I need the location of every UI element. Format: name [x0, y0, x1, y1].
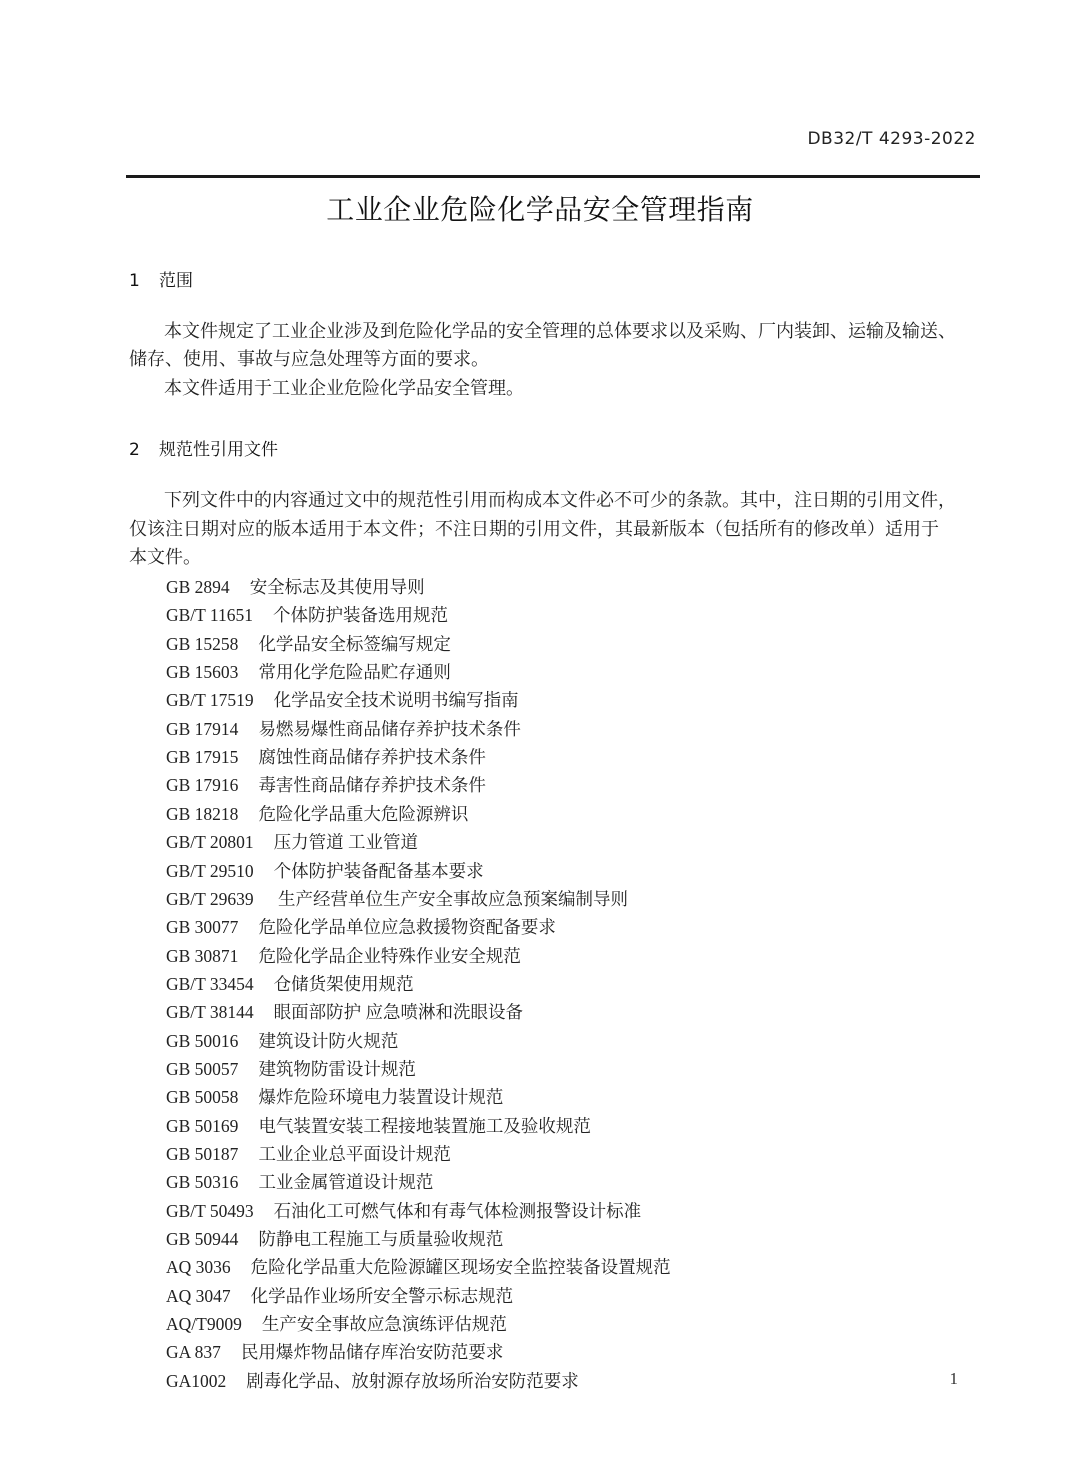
reference-item: GB/T 17519化学品安全技术说明书编写指南 [166, 687, 519, 712]
reference-item: GB 15603常用化学危险品贮存通则 [166, 659, 451, 684]
reference-item: GB/T 29510个体防护装备配备基本要求 [166, 858, 484, 883]
reference-code: GB/T 20801 [166, 832, 254, 853]
section-title: 范围 [159, 271, 193, 291]
paragraph: 仅该注日期对应的版本适用于本文件；不注日期的引用文件，其最新版本（包括所有的修改… [129, 515, 939, 544]
reference-item: GB 17915腐蚀性商品储存养护技术条件 [166, 744, 486, 769]
reference-code: GA 837 [166, 1342, 221, 1363]
reference-title: 仓储货架使用规范 [274, 974, 414, 994]
paragraph: 本文件适用于工业企业危险化学品安全管理。 [164, 374, 524, 403]
reference-item: GB 50058爆炸危险环境电力装置设计规范 [166, 1084, 503, 1109]
paragraph: 储存、使用、事故与应急处理等方面的要求。 [129, 345, 489, 374]
reference-code: AQ 3036 [166, 1257, 231, 1278]
reference-title: 电气装置安装工程接地装置施工及验收规范 [258, 1116, 591, 1136]
reference-title: 民用爆炸物品储存库治安防范要求 [241, 1342, 504, 1362]
reference-item: GA 837民用爆炸物品储存库治安防范要求 [166, 1339, 503, 1364]
reference-code: GA1002 [166, 1371, 226, 1392]
reference-item: GB 50016建筑设计防火规范 [166, 1028, 398, 1053]
reference-title: 毒害性商品储存养护技术条件 [258, 775, 486, 795]
reference-item: GB 50316工业金属管道设计规范 [166, 1169, 433, 1194]
reference-title: 腐蚀性商品储存养护技术条件 [258, 747, 486, 767]
reference-item: GB 30871危险化学品企业特殊作业安全规范 [166, 943, 521, 968]
reference-code: AQ 3047 [166, 1286, 231, 1307]
reference-title: 防静电工程施工与质量验收规范 [258, 1229, 503, 1249]
reference-title: 个体防护装备配备基本要求 [274, 861, 484, 881]
reference-code: GB/T 11651 [166, 605, 253, 626]
reference-title: 化学品安全标签编写规定 [258, 634, 451, 654]
reference-title: 生产安全事故应急演练评估规范 [262, 1314, 507, 1334]
reference-code: GB 17915 [166, 747, 238, 768]
reference-title: 建筑物防雷设计规范 [258, 1059, 416, 1079]
reference-code: GB 15603 [166, 662, 238, 683]
reference-item: GB/T 29639 生产经营单位生产安全事故应急预案编制导则 [166, 886, 628, 911]
reference-title: 危险化学品单位应急救援物资配备要求 [258, 917, 556, 937]
reference-item: GB/T 11651个体防护装备选用规范 [166, 602, 448, 627]
reference-code: GB/T 33454 [166, 974, 254, 995]
reference-title: 危险化学品重大危险源辨识 [258, 804, 468, 824]
reference-item: GB 15258化学品安全标签编写规定 [166, 631, 451, 656]
section-number: 2 [129, 440, 159, 460]
reference-item: GB/T 50493石油化工可燃气体和有毒气体检测报警设计标准 [166, 1198, 641, 1223]
reference-item: GB 17914易燃易爆性商品储存养护技术条件 [166, 716, 521, 741]
reference-item: GB 30077危险化学品单位应急救援物资配备要求 [166, 914, 556, 939]
reference-item: AQ/T9009生产安全事故应急演练评估规范 [166, 1311, 507, 1336]
reference-title: 常用化学危险品贮存通则 [258, 662, 451, 682]
reference-code: GB 18218 [166, 804, 238, 825]
reference-item: GB/T 20801压力管道 工业管道 [166, 829, 418, 854]
reference-title: 化学品作业场所安全警示标志规范 [251, 1286, 514, 1306]
reference-title: 石油化工可燃气体和有毒气体检测报警设计标准 [274, 1201, 642, 1221]
reference-item: GB/T 38144眼面部防护 应急喷淋和洗眼设备 [166, 999, 523, 1024]
reference-item: GB 50169电气装置安装工程接地装置施工及验收规范 [166, 1113, 591, 1138]
reference-code: GB 30871 [166, 946, 238, 967]
reference-item: AQ 3036危险化学品重大危险源罐区现场安全监控装备设置规范 [166, 1254, 671, 1279]
paragraph: 下列文件中的内容通过文中的规范性引用而构成本文件必不可少的条款。其中，注日期的引… [164, 486, 956, 515]
reference-code: GB 50316 [166, 1172, 238, 1193]
reference-title: 化学品安全技术说明书编写指南 [274, 690, 519, 710]
reference-item: GB/T 33454仓储货架使用规范 [166, 971, 414, 996]
reference-code: GB/T 29639 [166, 889, 254, 910]
reference-code: GB/T 50493 [166, 1201, 254, 1222]
paragraph: 本文件。 [129, 543, 201, 572]
reference-item: GB 50057建筑物防雷设计规范 [166, 1056, 416, 1081]
reference-code: GB/T 29510 [166, 861, 254, 882]
reference-item: GB 50187工业企业总平面设计规范 [166, 1141, 451, 1166]
reference-title: 生产经营单位生产安全事故应急预案编制导则 [274, 889, 628, 909]
reference-code: GB 17914 [166, 719, 238, 740]
reference-code: GB 15258 [166, 634, 238, 655]
document-title: 工业企业危险化学品安全管理指南 [0, 188, 1080, 228]
reference-title: 易燃易爆性商品储存养护技术条件 [258, 719, 521, 739]
reference-code: GB 50187 [166, 1144, 238, 1165]
reference-title: 安全标志及其使用导则 [250, 577, 425, 597]
reference-item: GB 18218危险化学品重大危险源辨识 [166, 801, 468, 826]
reference-item: AQ 3047化学品作业场所安全警示标志规范 [166, 1283, 513, 1308]
reference-code: GB/T 38144 [166, 1002, 254, 1023]
reference-title: 爆炸危险环境电力装置设计规范 [258, 1087, 503, 1107]
header-rule [126, 175, 980, 178]
reference-title: 危险化学品企业特殊作业安全规范 [258, 946, 521, 966]
reference-code: GB 50944 [166, 1229, 238, 1250]
section-number: 1 [129, 271, 159, 291]
reference-code: GB 50016 [166, 1031, 238, 1052]
reference-item: GB 50944防静电工程施工与质量验收规范 [166, 1226, 503, 1251]
section-2-heading: 2规范性引用文件 [129, 435, 278, 460]
reference-code: GB 2894 [166, 577, 230, 598]
reference-title: 个体防护装备选用规范 [273, 605, 448, 625]
paragraph: 本文件规定了工业企业涉及到危险化学品的安全管理的总体要求以及采购、厂内装卸、运输… [164, 317, 956, 346]
reference-code: GB 50169 [166, 1116, 238, 1137]
reference-code: GB 50057 [166, 1059, 238, 1080]
reference-code: GB 17916 [166, 775, 238, 796]
reference-code: GB/T 17519 [166, 690, 254, 711]
reference-item: GB 2894安全标志及其使用导则 [166, 574, 425, 599]
reference-code: GB 30077 [166, 917, 238, 938]
reference-code: GB 50058 [166, 1087, 238, 1108]
reference-code: AQ/T9009 [166, 1314, 242, 1335]
page-number: 1 [950, 1369, 959, 1389]
reference-title: 危险化学品重大危险源罐区现场安全监控装备设置规范 [251, 1257, 671, 1277]
reference-item: GA1002剧毒化学品、放射源存放场所治安防范要求 [166, 1368, 579, 1393]
reference-title: 建筑设计防火规范 [258, 1031, 398, 1051]
standard-code: DB32/T 4293-2022 [807, 129, 976, 149]
reference-title: 压力管道 工业管道 [274, 832, 418, 852]
reference-title: 眼面部防护 应急喷淋和洗眼设备 [274, 1002, 523, 1022]
reference-title: 工业企业总平面设计规范 [258, 1144, 451, 1164]
reference-item: GB 17916毒害性商品储存养护技术条件 [166, 772, 486, 797]
reference-title: 工业金属管道设计规范 [258, 1172, 433, 1192]
reference-title: 剧毒化学品、放射源存放场所治安防范要求 [246, 1371, 579, 1391]
section-title: 规范性引用文件 [159, 440, 278, 460]
section-1-heading: 1范围 [129, 266, 193, 291]
